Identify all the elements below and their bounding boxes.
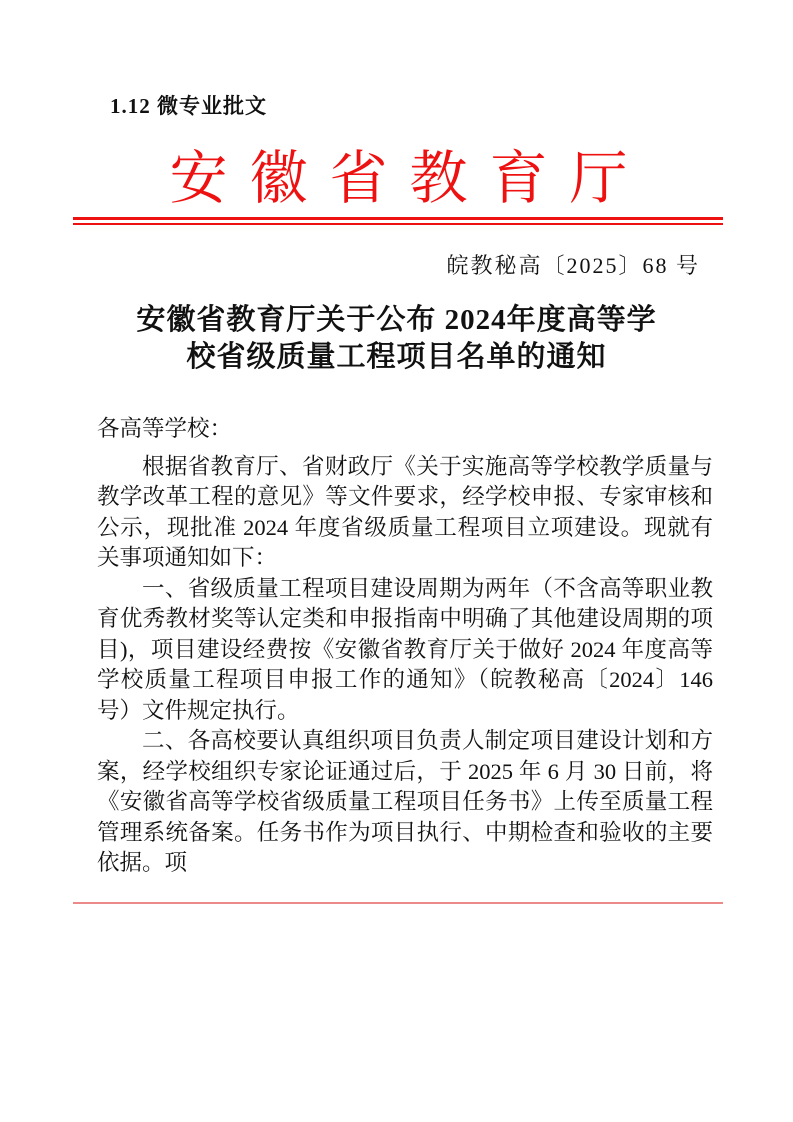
doc-body: 各高等学校： 根据省教育厅、省财政厅《关于实施高等学校教学质量与教学改革工程的意… [97,414,713,879]
body-paragraph: 二、各高校要认真组织项目负责人制定项目建设计划和方案，经学校组织专家论证通过后，… [97,726,713,879]
doc-title-line-2: 校省级质量工程项目名单的通知 [0,339,793,376]
body-paragraph: 一、省级质量工程项目建设周期为两年（不含高等职业教育优秀教材奖等认定类和申报指南… [97,574,713,727]
body-paragraph: 根据省教育厅、省财政厅《关于实施高等学校教学质量与教学改革工程的意见》等文件要求… [97,452,713,574]
letterhead-double-rule [73,217,723,225]
salutation: 各高等学校： [97,414,713,445]
letterhead-org-name: 安徽省教育厅 [0,131,793,215]
section-label: 1.12 微专业批文 [110,90,267,120]
doc-title-line-1: 安徽省教育厅关于公布 2024年度高等学 [0,302,793,339]
doc-number: 皖教秘高〔2025〕68 号 [446,249,700,280]
document-page: 1.12 微专业批文 安徽省教育厅 皖教秘高〔2025〕68 号 安徽省教育厅关… [0,0,793,1122]
footer-rule [73,902,723,904]
doc-title: 安徽省教育厅关于公布 2024年度高等学 校省级质量工程项目名单的通知 [0,302,793,376]
